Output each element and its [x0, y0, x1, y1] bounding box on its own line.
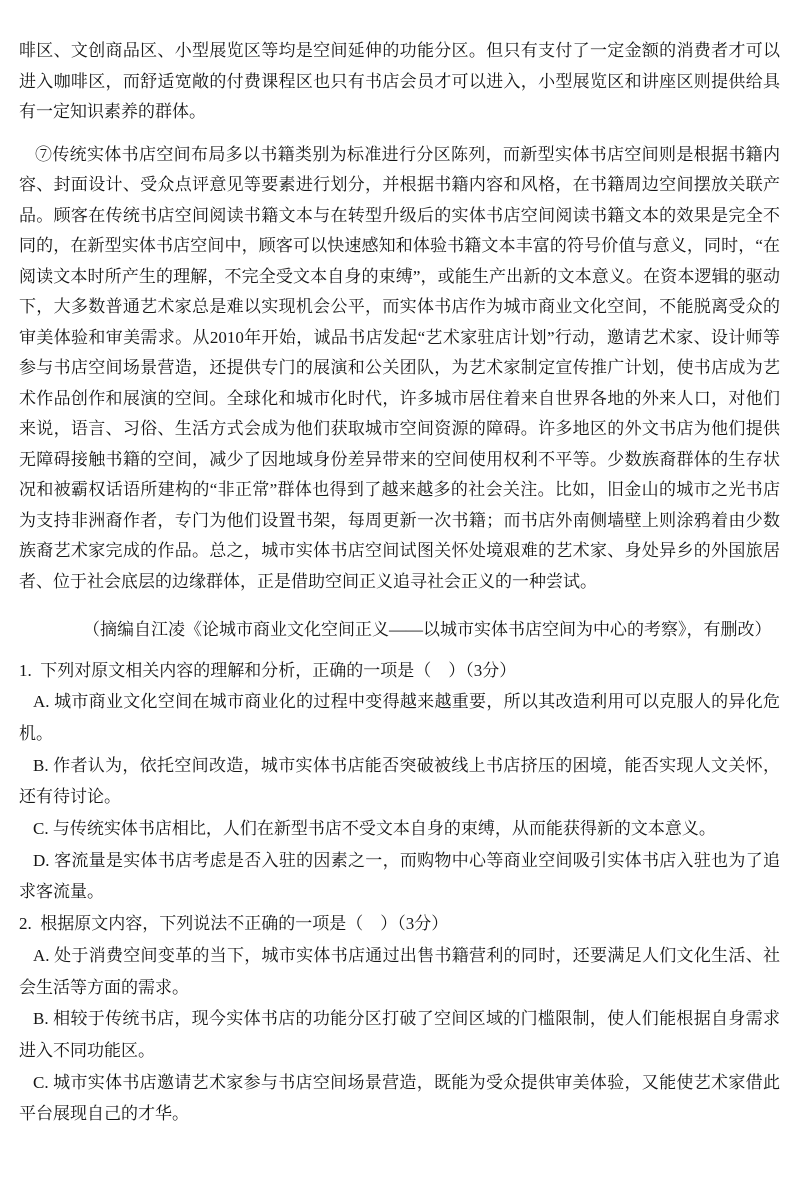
reading-passage: 啡区、文创商品区、小型展览区等均是空间延伸的功能分区。但只有支付了一定金额的消费…	[19, 36, 780, 646]
question-2: 2. 根据原文内容，下列说法不正确的一项是（ ）（3分） A. 处于消费空间变革…	[19, 908, 780, 1130]
question-2-option-a: A. 处于消费空间变革的当下，城市实体书店通过出售书籍营利的同时，还要满足人们文…	[19, 940, 780, 1003]
question-section: 1. 下列对原文相关内容的理解和分析，正确的一项是（ ）（3分） A. 城市商业…	[19, 655, 780, 1131]
question-2-option-b: B. 相较于传统书店，现今实体书店的功能分区打破了空间区域的门槛限制，使人们能根…	[19, 1003, 780, 1066]
question-2-option-c: C. 城市实体书店邀请艺术家参与书店空间场景营造，既能为受众提供审美体验，又能使…	[19, 1067, 780, 1130]
passage-continuation-paragraph: 啡区、文创商品区、小型展览区等均是空间延伸的功能分区。但只有支付了一定金额的消费…	[19, 36, 780, 128]
passage-paragraph-7: ⑦传统实体书店空间布局多以书籍类别为标准进行分区陈列，而新型实体书店空间则是根据…	[19, 140, 780, 598]
question-1-option-a: A. 城市商业文化空间在城市商业化的过程中变得越来越重要，所以其改造利用可以克服…	[19, 686, 780, 749]
question-1: 1. 下列对原文相关内容的理解和分析，正确的一项是（ ）（3分） A. 城市商业…	[19, 655, 780, 909]
exam-document-page: 啡区、文创商品区、小型展览区等均是空间延伸的功能分区。但只有支付了一定金额的消费…	[0, 0, 800, 1181]
question-1-option-c: C. 与传统实体书店相比，人们在新型书店不受文本自身的束缚，从而能获得新的文本意…	[19, 813, 780, 845]
question-1-option-d: D. 客流量是实体书店考虑是否入驻的因素之一，而购物中心等商业空间吸引实体书店入…	[19, 845, 780, 908]
passage-citation: （摘编自江凌《论城市商业文化空间正义——以城市实体书店空间为中心的考察》，有删改…	[19, 615, 780, 646]
question-2-stem: 2. 根据原文内容，下列说法不正确的一项是（ ）（3分）	[19, 908, 780, 940]
question-1-stem: 1. 下列对原文相关内容的理解和分析，正确的一项是（ ）（3分）	[19, 655, 780, 687]
question-1-option-b: B. 作者认为，依托空间改造，城市实体书店能否突破被线上书店挤压的困境，能否实现…	[19, 750, 780, 813]
